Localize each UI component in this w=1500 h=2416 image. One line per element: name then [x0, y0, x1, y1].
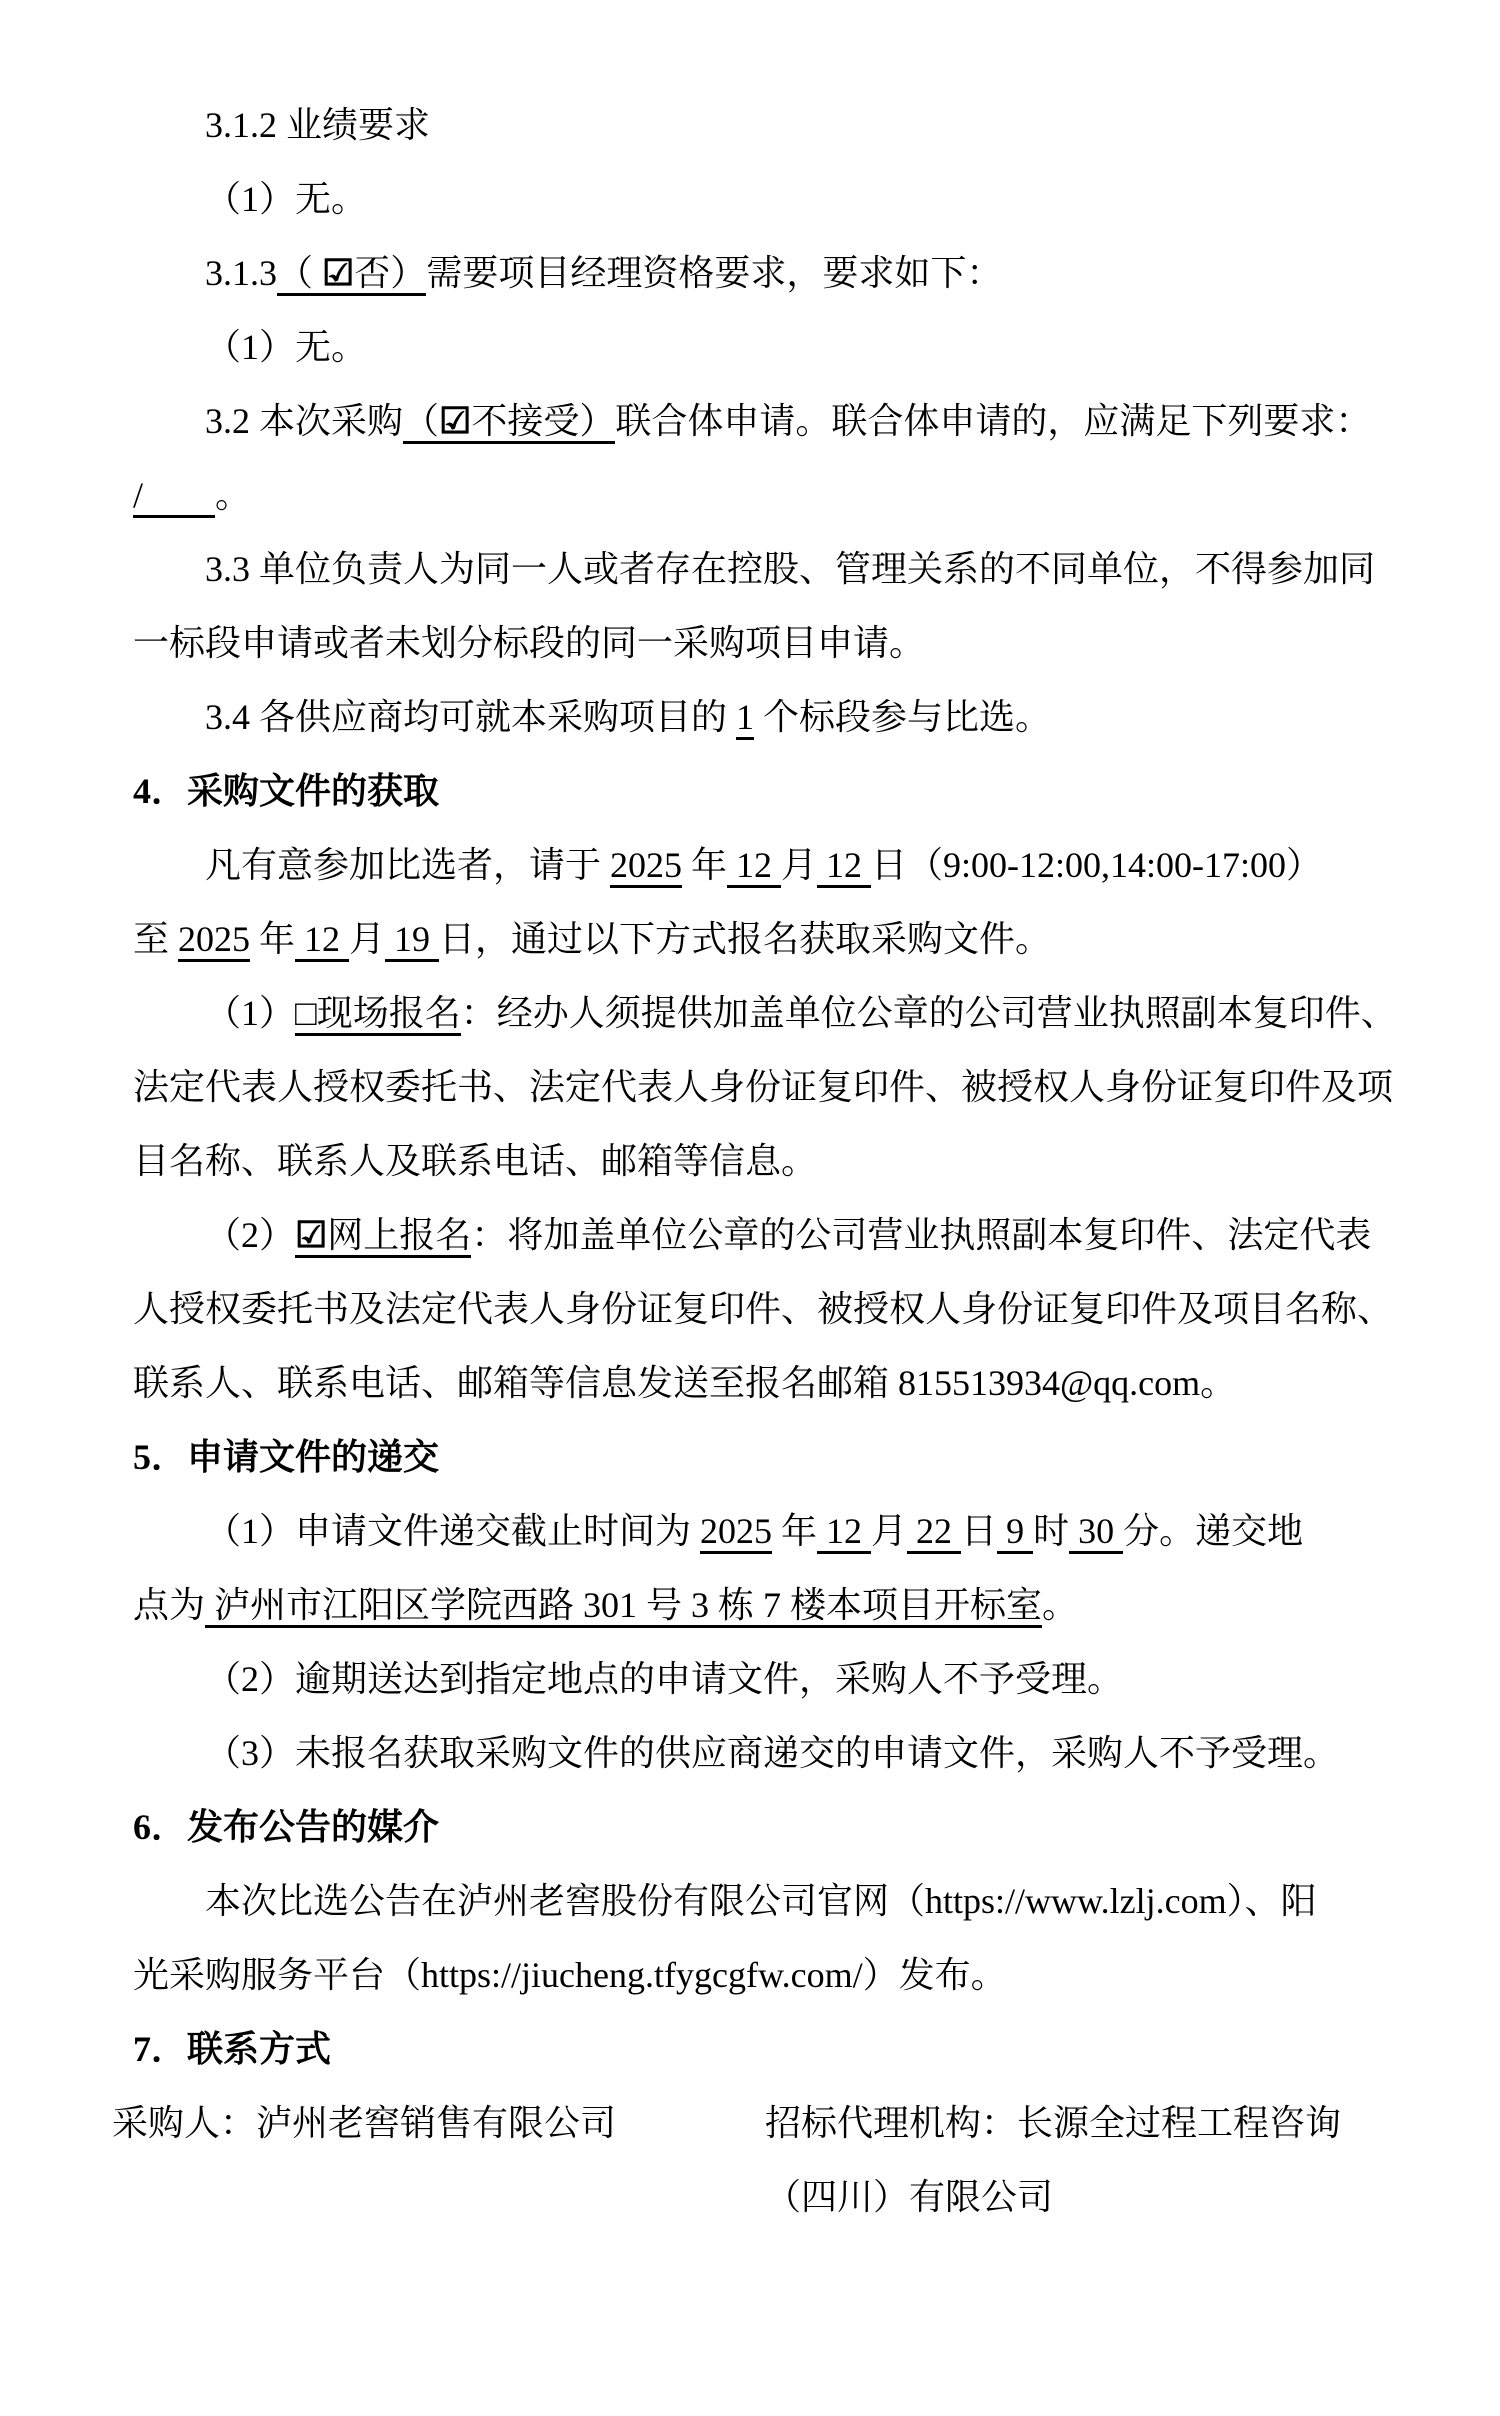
media-para-line1: 本次比选公告在泸州老窖股份有限公司官网（https://www.lzlj.com… — [133, 1864, 1464, 1938]
underlined-blank: / — [133, 475, 215, 518]
paren-open: （ — [277, 253, 322, 293]
clause-text: 3.3 单位负责人为同一人或者存在控股、管理关系的不同单位，不得参加同 — [205, 549, 1375, 589]
checkbox-unchecked-icon: □ — [295, 993, 317, 1033]
agency-name-line1: 招标代理机构：长源全过程工程咨询 — [765, 2103, 1341, 2143]
option-label: 否） — [354, 253, 426, 293]
day-value: 22 — [907, 1511, 961, 1554]
body-text: 年 — [250, 919, 295, 959]
hour-value: 9 — [997, 1511, 1033, 1554]
clause-3-4: 3.4 各供应商均可就本采购项目的 1 个标段参与比选。 — [133, 680, 1464, 754]
document-page: 3.1.2 业绩要求 （1）无。 3.1.3（ ☑否）需要项目经理资格要求，要求… — [0, 0, 1500, 2416]
section-6-heading: 6．发布公告的媒介 — [133, 1790, 1464, 1864]
month-value: 12 — [817, 1511, 871, 1554]
online-registration-line3: 联系人、联系电话、邮箱等信息发送至报名邮箱 815513934@qq.com。 — [133, 1346, 1464, 1420]
body-text: 本次比选公告在泸州老窖股份有限公司官网（https://www.lzlj.com… — [205, 1881, 1317, 1921]
deadline-line2: 点为 泸州市江阳区学院西路 301 号 3 栋 7 楼本项目开标室。 — [133, 1568, 1464, 1642]
year-value: 2025 — [700, 1511, 772, 1554]
deadline-line1: （1）申请文件递交截止时间为 2025 年 12 月 22 日 9 时 30 分… — [133, 1494, 1464, 1568]
clause-text: 需要项目经理资格要求，要求如下： — [426, 253, 1002, 293]
unregistered-supplier-clause: （3）未报名获取采购文件的供应商递交的申请文件，采购人不予受理。 — [133, 1716, 1464, 1790]
checked-option-no: （ ☑否） — [277, 253, 426, 296]
heading-text: 6．发布公告的媒介 — [133, 1807, 439, 1847]
item-number: （1） — [205, 993, 295, 1033]
contact-footer: 采购人：泸州老窖销售有限公司 招标代理机构：长源全过程工程咨询（四川）有限公司 — [112, 2086, 1464, 2234]
submission-address: 泸州市江阳区学院西路 301 号 3 栋 7 楼本项目开标室 — [205, 1585, 1042, 1628]
online-registration-line2: 人授权委托书及法定代表人身份证复印件、被授权人身份证复印件及项目名称、 — [133, 1272, 1464, 1346]
heading-text: 5．申请文件的递交 — [133, 1437, 439, 1477]
body-text: 月 — [781, 845, 817, 885]
clause-3-1-2: 3.1.2 业绩要求 — [133, 88, 1464, 162]
body-text: 分。递交地 — [1123, 1511, 1303, 1551]
onsite-registration-line2: 法定代表人授权委托书、法定代表人身份证复印件、被授权人身份证复印件及项 — [133, 1050, 1464, 1124]
body-text: 至 — [133, 919, 178, 959]
section-count-value: 1 — [736, 697, 754, 740]
agency-block: 招标代理机构：长源全过程工程咨询（四川）有限公司 — [765, 2086, 1341, 2234]
clause-3-3-line2: 一标段申请或者未划分标段的同一采购项目申请。 — [133, 606, 1464, 680]
section-7-heading: 7．联系方式 — [133, 2012, 1464, 2086]
clause-3-1-3: 3.1.3（ ☑否）需要项目经理资格要求，要求如下： — [133, 236, 1464, 310]
body-text: ：经办人须提供加盖单位公章的公司营业执照副本复印件、 — [461, 993, 1397, 1033]
online-option: ☑网上报名 — [295, 1215, 471, 1258]
body-text: 目名称、联系人及联系电话、邮箱等信息。 — [133, 1141, 817, 1181]
body-text: 日，通过以下方式报名获取采购文件。 — [439, 919, 1051, 959]
clause-text: 3.4 各供应商均可就本采购项目的 — [205, 697, 736, 737]
section-4-heading: 4．采购文件的获取 — [133, 754, 1464, 828]
clause-text: 一标段申请或者未划分标段的同一采购项目申请。 — [133, 623, 925, 663]
body-text: （3）未报名获取采购文件的供应商递交的申请文件，采购人不予受理。 — [205, 1733, 1339, 1773]
heading-text: 7．联系方式 — [133, 2029, 331, 2069]
section-5-heading: 5．申请文件的递交 — [133, 1420, 1464, 1494]
body-text: 联系人、联系电话、邮箱等信息发送至报名邮箱 815513934@qq.com。 — [133, 1363, 1236, 1403]
clause-3-1-2-item-none: （1）无。 — [133, 162, 1464, 236]
option-label: 网上报名 — [327, 1215, 471, 1255]
clause-text: 3.2 本次采购 — [205, 401, 403, 441]
year-value: 2025 — [610, 845, 682, 888]
period: 。 — [1042, 1585, 1078, 1625]
body-text: （2）逾期送达到指定地点的申请文件，采购人不予受理。 — [205, 1659, 1123, 1699]
year-value: 2025 — [178, 919, 250, 962]
minute-value: 30 — [1069, 1511, 1123, 1554]
checked-option-not-accept: （☑不接受） — [403, 401, 615, 444]
onsite-option: □现场报名 — [295, 993, 461, 1036]
section-4-para-line1: 凡有意参加比选者，请于 2025 年 12 月 12 日（9:00-12:00,… — [133, 828, 1464, 902]
body-text: ：将加盖单位公章的公司营业执照副本复印件、法定代表 — [471, 1215, 1371, 1255]
checkbox-checked-icon: ☑ — [439, 401, 471, 441]
month-value: 12 — [727, 845, 781, 888]
day-value: 12 — [817, 845, 871, 888]
body-text: 时 — [1033, 1511, 1069, 1551]
clause-text: （1）无。 — [205, 327, 367, 367]
body-text: 法定代表人授权委托书、法定代表人身份证复印件、被授权人身份证复印件及项 — [133, 1067, 1393, 1107]
month-value: 12 — [295, 919, 349, 962]
clause-3-1-3-item-none: （1）无。 — [133, 310, 1464, 384]
body-text: 点为 — [133, 1585, 205, 1625]
clause-3-3-line1: 3.3 单位负责人为同一人或者存在控股、管理关系的不同单位，不得参加同 — [133, 532, 1464, 606]
body-text: （1）申请文件递交截止时间为 — [205, 1511, 700, 1551]
purchaser-name: 采购人：泸州老窖销售有限公司 — [112, 2103, 616, 2143]
period: 。 — [215, 475, 251, 515]
agency-name-line2: （四川）有限公司 — [765, 2177, 1053, 2217]
clause-text: 个标段参与比选。 — [754, 697, 1051, 737]
heading-text: 4．采购文件的获取 — [133, 771, 439, 811]
clause-text: 3.1.2 业绩要求 — [205, 105, 430, 145]
option-label: 不接受） — [471, 401, 615, 441]
media-para-line2: 光采购服务平台（https://jiucheng.tfygcgfw.com/）发… — [133, 1938, 1464, 2012]
clause-number: 3.1.3 — [205, 253, 277, 293]
section-4-para-line2: 至 2025 年 12 月 19 日，通过以下方式报名获取采购文件。 — [133, 902, 1464, 976]
purchaser-block: 采购人：泸州老窖销售有限公司 — [112, 2086, 765, 2234]
clause-text: （1）无。 — [205, 179, 367, 219]
body-text: 光采购服务平台（https://jiucheng.tfygcgfw.com/）发… — [133, 1955, 1007, 1995]
onsite-registration-line1: （1）□现场报名：经办人须提供加盖单位公章的公司营业执照副本复印件、 — [133, 976, 1464, 1050]
clause-text: 联合体申请。联合体申请的，应满足下列要求： — [615, 401, 1371, 441]
body-text: 年 — [772, 1511, 817, 1551]
option-label: 现场报名 — [317, 993, 461, 1033]
checkbox-checked-icon: ☑ — [322, 253, 354, 293]
body-text: 年 — [682, 845, 727, 885]
body-text: 日（9:00-12:00,14:00-17:00） — [871, 845, 1322, 885]
late-delivery-clause: （2）逾期送达到指定地点的申请文件，采购人不予受理。 — [133, 1642, 1464, 1716]
online-registration-line1: （2）☑网上报名：将加盖单位公章的公司营业执照副本复印件、法定代表 — [133, 1198, 1464, 1272]
slash-blank-line: / 。 — [133, 458, 1464, 532]
body-text: 人授权委托书及法定代表人身份证复印件、被授权人身份证复印件及项目名称、 — [133, 1289, 1393, 1329]
body-text: 凡有意参加比选者，请于 — [205, 845, 610, 885]
body-text: 日 — [961, 1511, 997, 1551]
item-number: （2） — [205, 1215, 295, 1255]
clause-3-2: 3.2 本次采购（☑不接受）联合体申请。联合体申请的，应满足下列要求： — [133, 384, 1464, 458]
day-value: 19 — [385, 919, 439, 962]
paren-open: （ — [403, 401, 439, 441]
checkbox-checked-icon: ☑ — [295, 1215, 327, 1255]
body-text: 月 — [349, 919, 385, 959]
onsite-registration-line3: 目名称、联系人及联系电话、邮箱等信息。 — [133, 1124, 1464, 1198]
body-text: 月 — [871, 1511, 907, 1551]
